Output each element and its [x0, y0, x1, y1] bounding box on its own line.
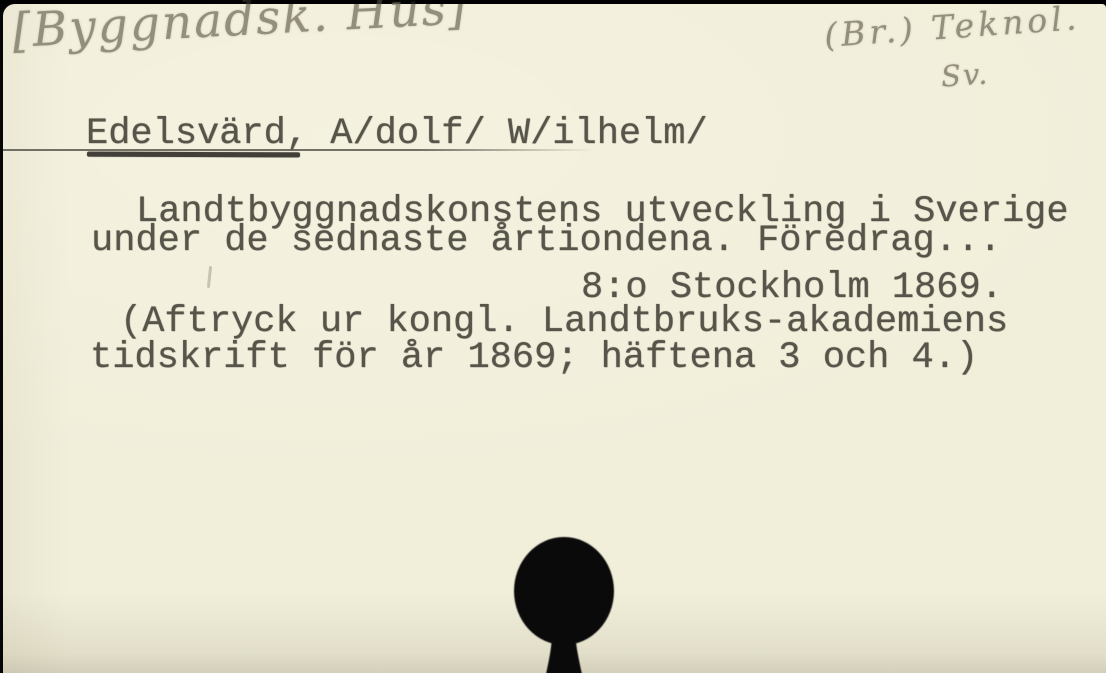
note-line-1: (Aftryck ur kongl. Landtbruks-akademiens [120, 302, 1008, 342]
catalog-card-scan: [Byggnadsk. Hus] (Br.) Teknol. Sv. Edels… [0, 0, 1106, 673]
pencil-stray-mark [207, 266, 212, 288]
surname-underline [87, 152, 300, 158]
index-card: [Byggnadsk. Hus] (Br.) Teknol. Sv. Edels… [3, 4, 1106, 673]
pencil-annotation-language: Sv. [940, 56, 990, 93]
scan-edge-top [0, 0, 1106, 4]
punch-hole-keyhole [501, 534, 631, 673]
pencil-annotation-classification: (Br.) Teknol. [823, 0, 1081, 55]
note-line-2: tidskrift för år 1869; häftena 3 och 4.) [90, 338, 978, 378]
heading-author: Edelsvärd, A/dolf/ W/ilhelm/ [86, 114, 708, 154]
title-line-2: under de sednaste årtiondena. Föredrag..… [91, 221, 1001, 261]
pencil-annotation-subject: [Byggnadsk. Hus] [11, 0, 469, 59]
